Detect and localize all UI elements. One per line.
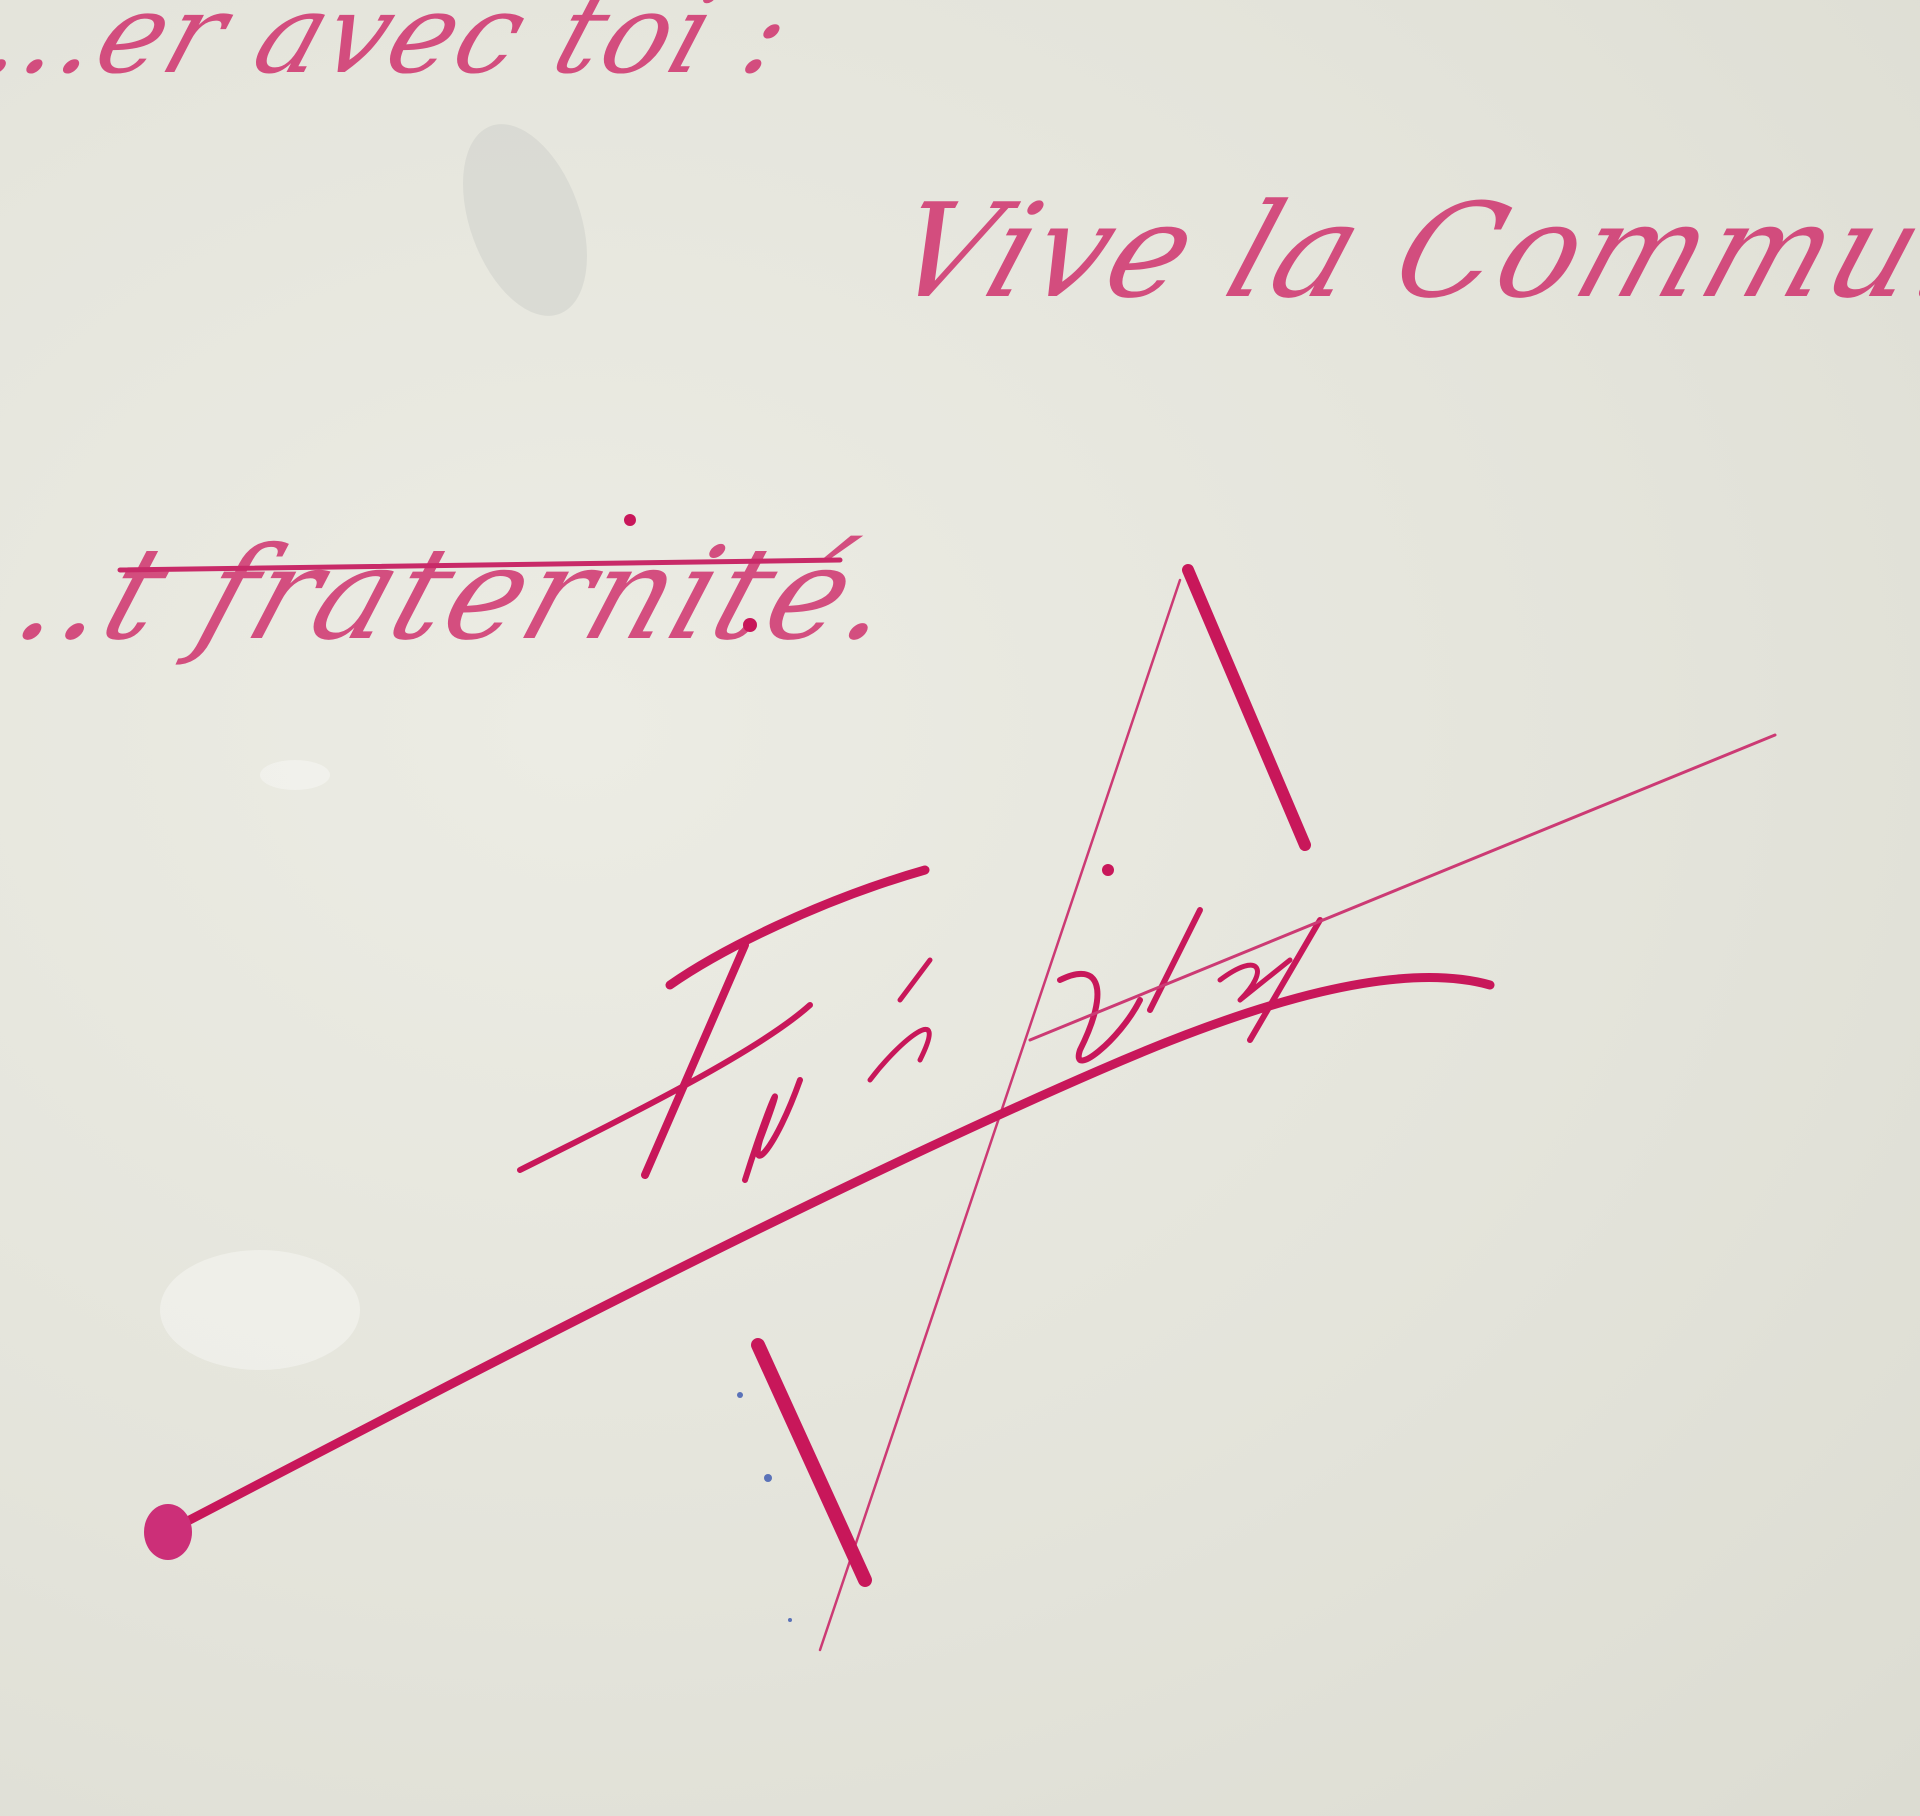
document-page: …er avec toi : Vive la Commu… …t fratern… (0, 0, 1920, 1816)
signature-strokes (0, 0, 1920, 1816)
